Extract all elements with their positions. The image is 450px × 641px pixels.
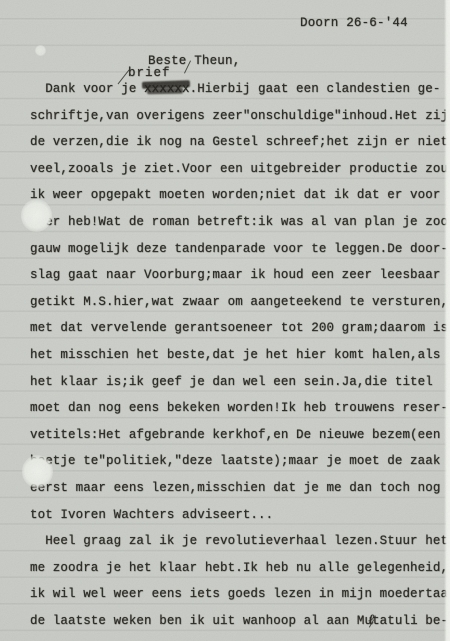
typed-correction-word: brief	[128, 60, 171, 87]
ink-smudge	[147, 88, 183, 95]
letter-line: de verzen,die ik nog na Gestel schreef;h…	[30, 129, 450, 156]
letter-line: gauw mogelijk deze tandenparade voor te …	[30, 236, 450, 263]
letter-page: Doorn 26-6-'44 Beste Theun, Dank voor je…	[0, 0, 450, 641]
letter-line: moet dan nog eens bekeken worden!Ik heb …	[30, 395, 450, 422]
letter-line: de laatste weken ben ik uit wanhoop al a…	[30, 608, 450, 635]
letter-line: ik wil wel weer eens iets goeds lezen in…	[30, 581, 450, 608]
letter-line: over heb!Wat de roman betreft:ik was al …	[30, 209, 450, 236]
letter-line: vetitels:Het afgebrande kerkhof,en De ni…	[30, 422, 450, 449]
letter-line: beetje te"politiek,"deze laatste);maar j…	[30, 448, 450, 475]
letter-line: me zoodra je het klaar hebt.Ik heb nu al…	[30, 555, 450, 582]
letter-line: eerst maar eens lezen,misschien dat je m…	[30, 475, 450, 502]
letter-line: ik weer opgepakt moeten worden;niet dat …	[30, 182, 450, 209]
letter-line: schriftje,van overigens zeer"onschuldige…	[30, 103, 450, 130]
letter-line: Dank voor je xxxxxxbrief.Hierbij gaat ee…	[30, 76, 450, 103]
paper-flaw-dot	[35, 45, 46, 56]
letter-date: Doorn 26-6-'44	[300, 16, 408, 30]
letter-line: getikt M.S.hier,wat zwaar om aangeteeken…	[30, 289, 450, 316]
letter-line: het misschien het beste,dat je het hier …	[30, 342, 450, 369]
letter-line: Heel graag zal ik je revolutieverhaal le…	[30, 528, 450, 555]
letter-line: het klaar is;ik geef je dan wel een sein…	[30, 369, 450, 396]
struck-out-word: xxxxxxbrief	[144, 76, 190, 103]
letter-line: met dat vervelende gerantsoeneer tot 200…	[30, 315, 450, 342]
letter-line: slag gaat naar Voorburg;maar ik houd een…	[30, 262, 450, 289]
letter-line: tot Ivoren Wachters adviseert...	[30, 502, 450, 529]
letter-line: veel,zooals je ziet.Voor een uitgebreide…	[30, 156, 450, 183]
letter-body: Dank voor je xxxxxxbrief.Hierbij gaat ee…	[30, 76, 450, 634]
